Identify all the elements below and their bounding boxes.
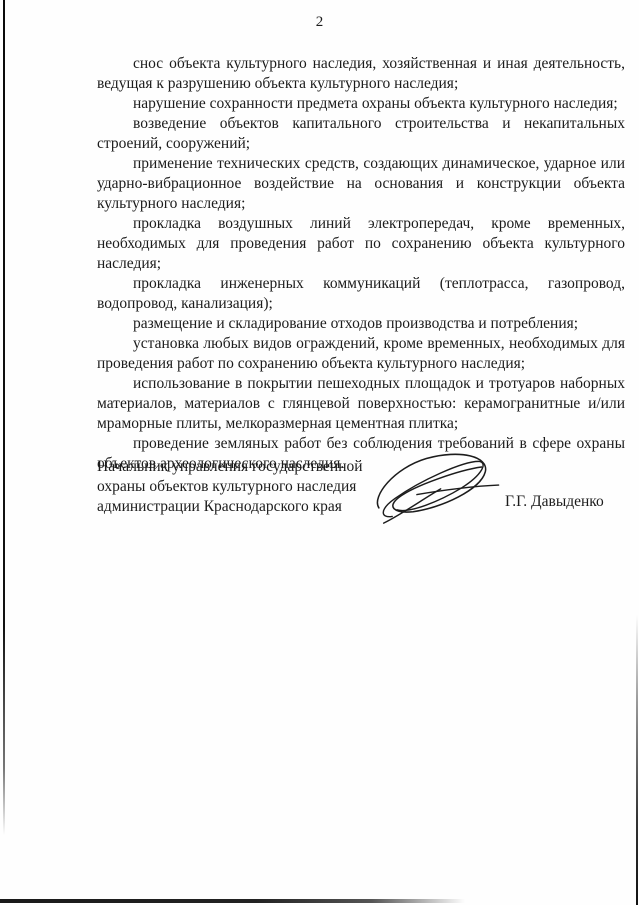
paragraph: прокладка воздушных линий электропередач… — [97, 214, 625, 274]
scan-artifact-right-edge — [636, 615, 638, 905]
signature-block: Начальник управления государственной охр… — [0, 453, 639, 533]
signature-autograph-icon — [366, 449, 502, 525]
signatory-title: Начальник управления государственной охр… — [97, 457, 387, 517]
scan-artifact-left-edge — [3, 0, 5, 835]
paragraph: установка любых видов ограждений, кроме … — [97, 334, 625, 374]
document-body: снос объекта культурного наследия, хозяй… — [97, 54, 625, 474]
paragraph: размещение и складирование отходов произ… — [97, 314, 625, 334]
scan-artifact-bottom-edge — [0, 899, 465, 903]
document-page: 2 снос объекта культурного наследия, хоз… — [0, 0, 639, 905]
paragraph: использование в покрытии пешеходных площ… — [97, 374, 625, 434]
paragraph: нарушение сохранности предмета охраны об… — [97, 94, 625, 114]
signatory-name: Г.Г. Давыденко — [505, 493, 604, 511]
paragraph: прокладка инженерных коммуникаций (тепло… — [97, 274, 625, 314]
paragraph: снос объекта культурного наследия, хозяй… — [97, 54, 625, 94]
paragraph: возведение объектов капитального строите… — [97, 114, 625, 154]
page-number: 2 — [0, 14, 639, 31]
paragraph: применение технических средств, создающи… — [97, 154, 625, 214]
